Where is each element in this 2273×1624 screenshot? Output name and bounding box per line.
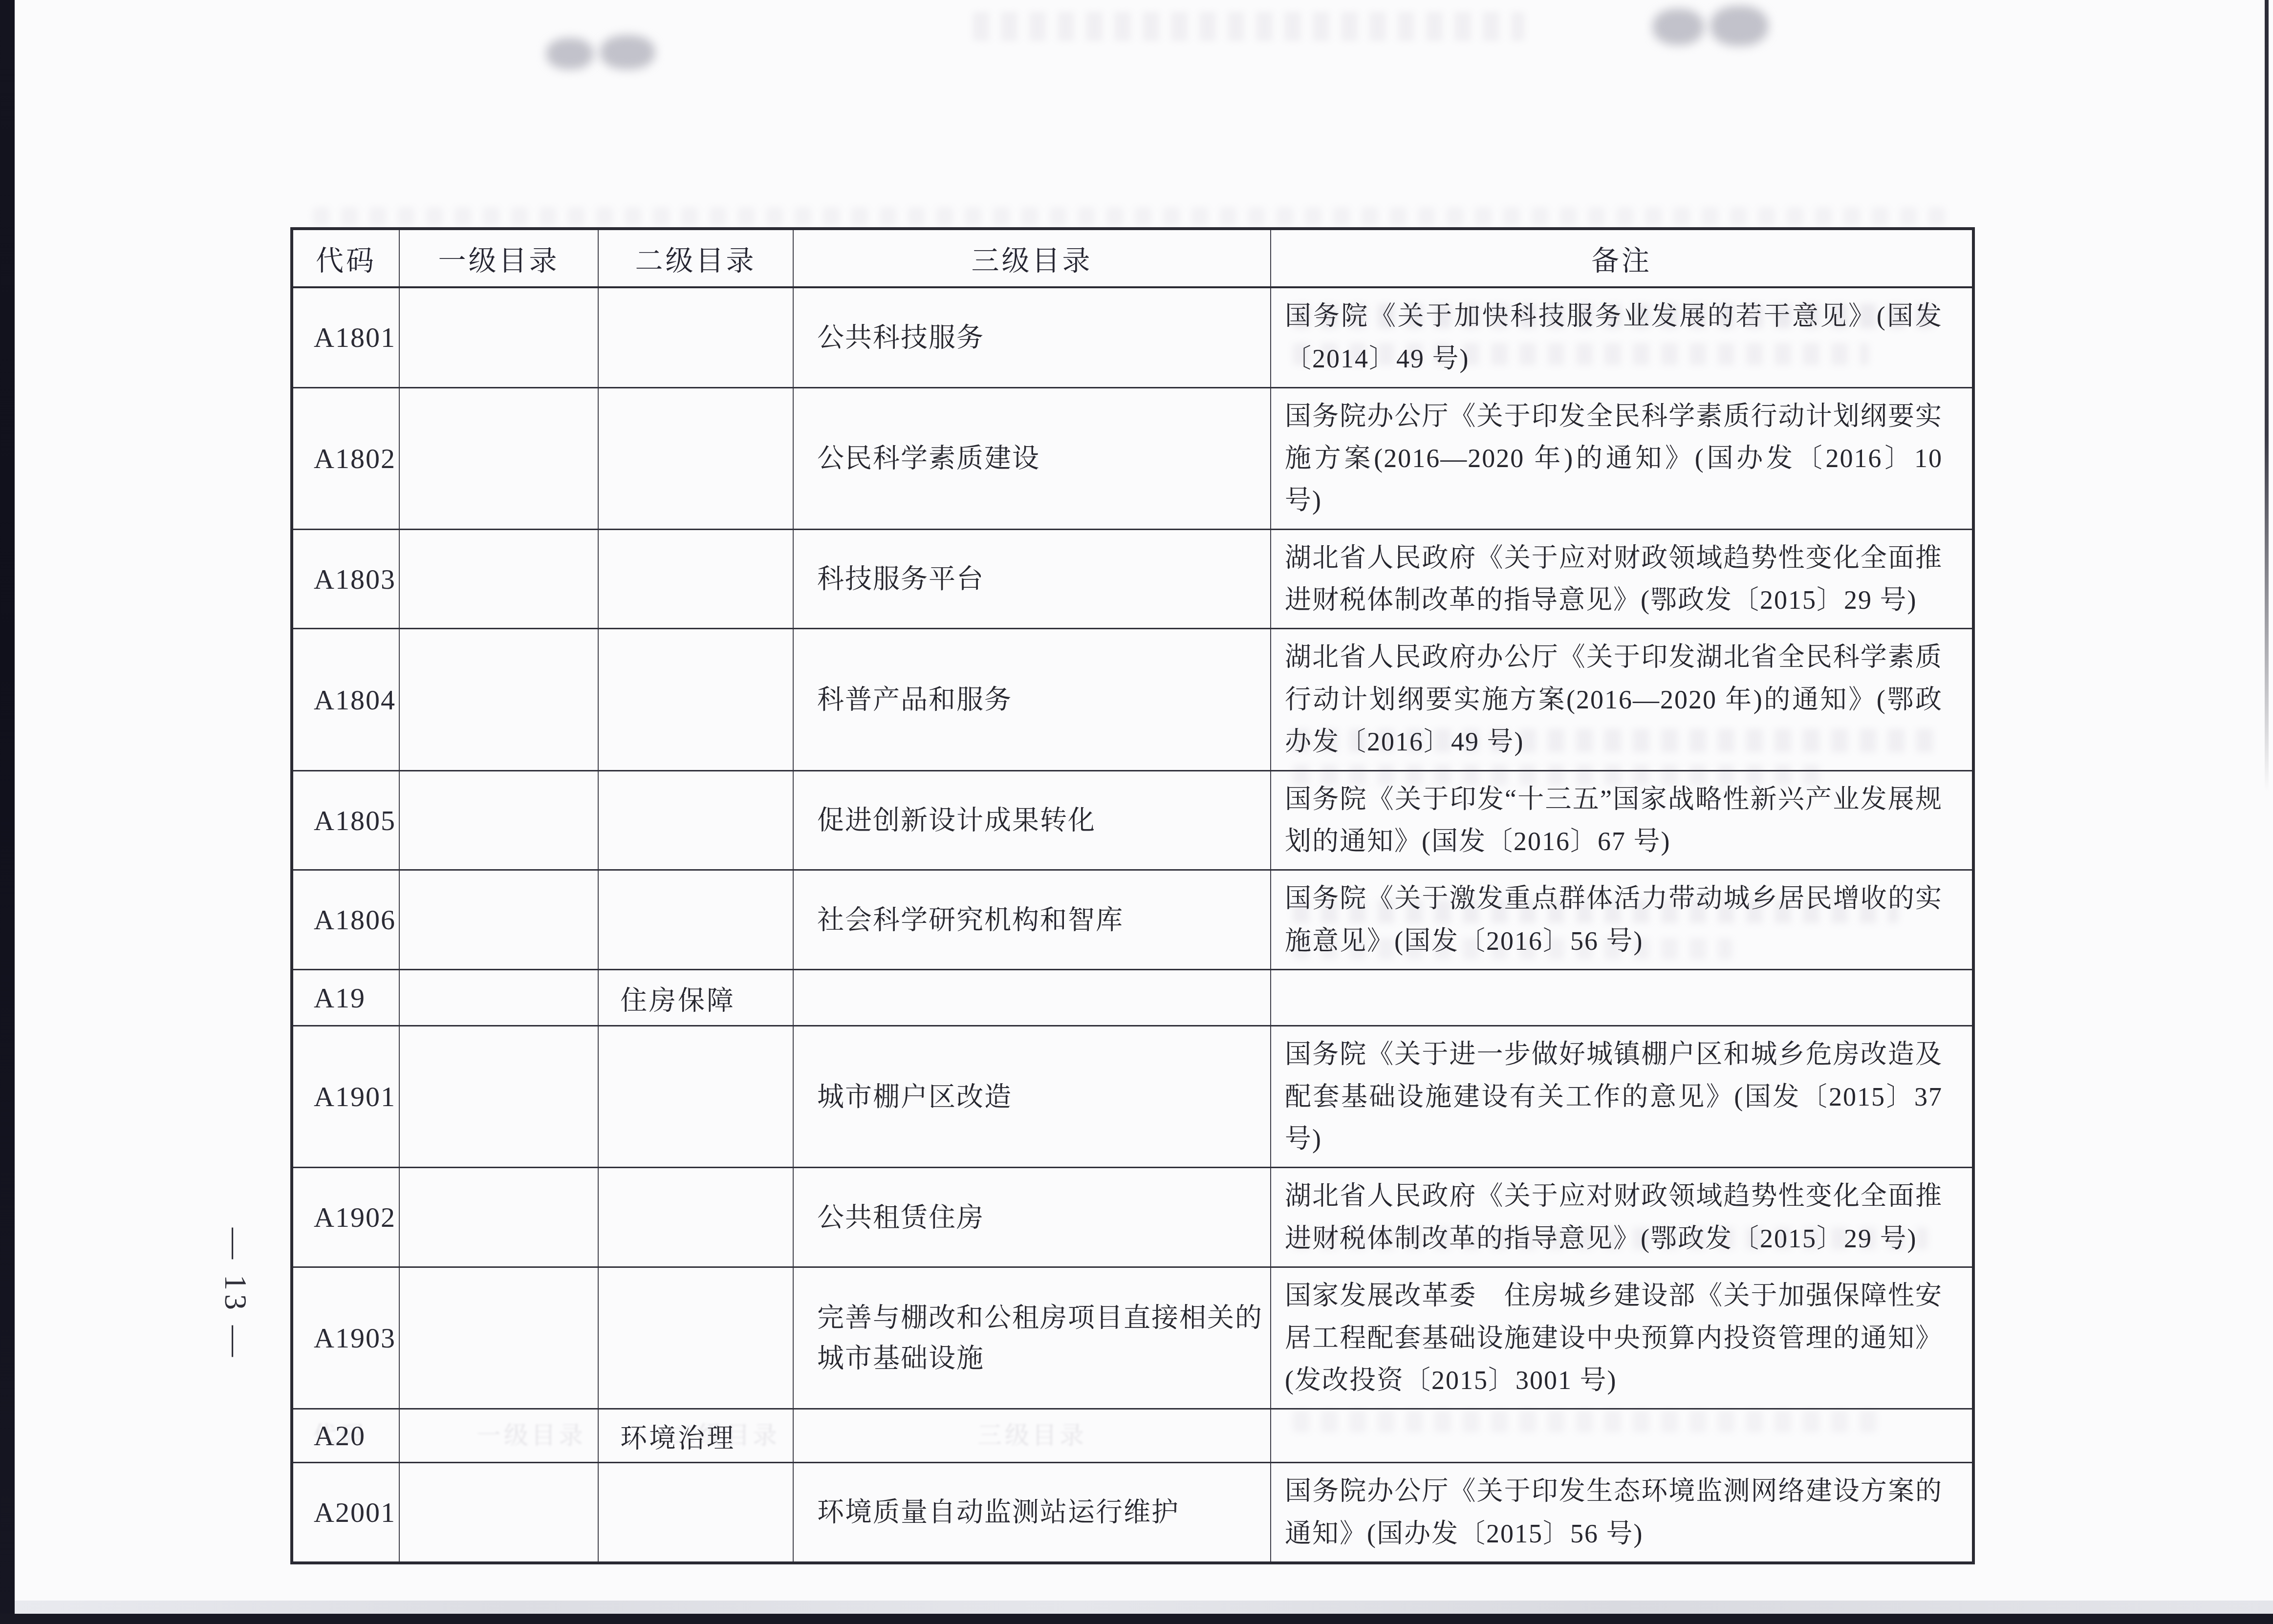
table-row: A1804 科普产品和服务 湖北省人民政府办公厅《关于印发湖北省全民科学素质行动… [292,629,1973,770]
cell-level1 [399,1168,598,1267]
cell-level1 [399,1409,598,1463]
table-row: A1805 促进创新设计成果转化 国务院《关于印发“十三五”国家战略性新兴产业发… [292,770,1973,870]
scan-smudge [1653,9,1704,45]
cell-level2 [598,387,793,529]
cell-remark: 国务院《关于印发“十三五”国家战略性新兴产业发展规划的通知》(国发〔2016〕6… [1271,770,1973,870]
cell-level3: 公民科学素质建设 [793,387,1271,529]
cell-level1 [399,1026,598,1168]
cell-level2: 住房保障 [598,970,793,1026]
header-level3: 三级目录 [793,229,1271,287]
cell-code: A1806 [292,870,399,970]
cell-level1 [399,287,598,387]
cell-level1 [399,970,598,1026]
cell-level2 [598,1168,793,1267]
cell-code: A1803 [292,529,399,629]
cell-remark: 湖北省人民政府办公厅《关于印发湖北省全民科学素质行动计划纲要实施方案(2016—… [1271,629,1973,770]
cell-level3: 城市棚户区改造 [793,1026,1271,1168]
cell-remark: 国务院《关于激发重点群体活力带动城乡居民增收的实施意见》(国发〔2016〕56 … [1271,870,1973,970]
cell-code: A1902 [292,1168,399,1267]
table-header-row: 代码 一级目录 二级目录 三级目录 备注 [292,229,1973,287]
bleedthrough-artifact [313,207,1945,226]
cell-level1 [399,1463,598,1563]
cell-remark: 国家发展改革委 住房城乡建设部《关于加强保障性安居工程配套基础设施建设中央预算内… [1271,1267,1973,1409]
cell-level2 [598,870,793,970]
cell-level2 [598,529,793,629]
cell-level3: 促进创新设计成果转化 [793,770,1271,870]
cell-level3 [793,970,1271,1026]
scan-edge-bottom-band [15,1601,2273,1615]
cell-remark: 国务院《关于进一步做好城镇棚户区和城乡危房改造及配套基础设施建设有关工作的意见》… [1271,1026,1973,1168]
cell-level3: 公共租赁住房 [793,1168,1271,1267]
bleedthrough-artifact [973,12,1525,41]
table-row: A1803 科技服务平台 湖北省人民政府《关于应对财政领域趋势性变化全面推进财税… [292,529,1973,629]
table-row: A2001 环境质量自动监测站运行维护 国务院办公厅《关于印发生态环境监测网络建… [292,1463,1973,1563]
cell-level3: 科普产品和服务 [793,629,1271,770]
table-row: A1806 社会科学研究机构和智库 国务院《关于激发重点群体活力带动城乡居民增收… [292,870,1973,970]
scan-smudge [546,38,593,69]
cell-level1 [399,1267,598,1409]
cell-level3: 科技服务平台 [793,529,1271,629]
cell-level1 [399,387,598,529]
cell-level1 [399,770,598,870]
header-code: 代码 [292,229,399,287]
cell-level1 [399,629,598,770]
cell-code: A1901 [292,1026,399,1168]
header-level1: 一级目录 [399,229,598,287]
cell-level3: 环境质量自动监测站运行维护 [793,1463,1271,1563]
cell-remark: 国务院《关于加快科技服务业发展的若干意见》(国发〔2014〕49 号) [1271,287,1973,387]
cell-level2 [598,1267,793,1409]
cell-level2 [598,629,793,770]
scan-edge-right [2265,0,2269,791]
cell-code: A1802 [292,387,399,529]
cell-level2 [598,1026,793,1168]
cell-level2 [598,287,793,387]
cell-level2 [598,770,793,870]
table-row: A1801 公共科技服务 国务院《关于加快科技服务业发展的若干意见》(国发〔20… [292,287,1973,387]
scan-smudge [600,35,655,69]
table-row: A1903 完善与棚改和公租房项目直接相关的城市基础设施 国家发展改革委 住房城… [292,1267,1973,1409]
table-row: A1802 公民科学素质建设 国务院办公厅《关于印发全民科学素质行动计划纲要实施… [292,387,1973,529]
scanned-document-page: { "page": { "page_number": "— 13 —" }, "… [0,0,2273,1624]
cell-code: A1801 [292,287,399,387]
cell-remark [1271,1409,1973,1463]
scan-edge-bottom [0,1614,2273,1624]
table-row: A1902 公共租赁住房 湖北省人民政府《关于应对财政领域趋势性变化全面推进财税… [292,1168,1973,1267]
table-row: A19 住房保障 [292,970,1973,1026]
cell-level3: 完善与棚改和公租房项目直接相关的城市基础设施 [793,1267,1271,1409]
cell-code: A1804 [292,629,399,770]
table-row: A1901 城市棚户区改造 国务院《关于进一步做好城镇棚户区和城乡危房改造及配套… [292,1026,1973,1168]
header-level2: 二级目录 [598,229,793,287]
cell-remark [1271,970,1973,1026]
cell-remark: 国务院办公厅《关于印发全民科学素质行动计划纲要实施方案(2016—2020 年)… [1271,387,1973,529]
cell-remark: 湖北省人民政府《关于应对财政领域趋势性变化全面推进财税体制改革的指导意见》(鄂政… [1271,529,1973,629]
scan-smudge [1710,6,1768,46]
cell-level3: 公共科技服务 [793,287,1271,387]
catalog-table: 代码 一级目录 二级目录 三级目录 备注 A1801 公共科技服务 国务院《关于… [290,227,1975,1564]
cell-code: A19 [292,970,399,1026]
cell-remark: 国务院办公厅《关于印发生态环境监测网络建设方案的通知》(国办发〔2015〕56 … [1271,1463,1973,1563]
cell-remark: 湖北省人民政府《关于应对财政领域趋势性变化全面推进财税体制改革的指导意见》(鄂政… [1271,1168,1973,1267]
table-row: A20 环境治理 [292,1409,1973,1463]
header-remark: 备注 [1271,229,1973,287]
cell-level3 [793,1409,1271,1463]
cell-level1 [399,870,598,970]
cell-level2: 环境治理 [598,1409,793,1463]
cell-level2 [598,1463,793,1563]
page-number: — 13 — [217,1211,254,1377]
scan-edge-left [0,0,15,1624]
cell-code: A20 [292,1409,399,1463]
cell-code: A1805 [292,770,399,870]
cell-level1 [399,529,598,629]
cell-code: A1903 [292,1267,399,1409]
cell-code: A2001 [292,1463,399,1563]
cell-level3: 社会科学研究机构和智库 [793,870,1271,970]
